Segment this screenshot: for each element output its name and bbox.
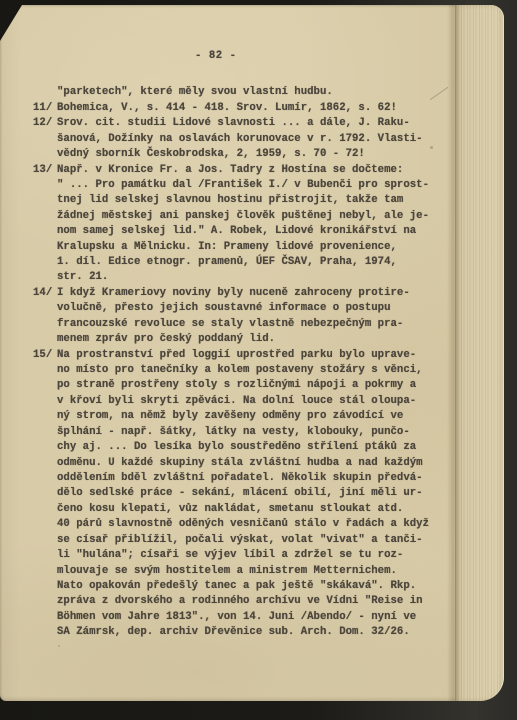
footnote-text-line: 1. díl. Edice etnogr. pramenů, ÚEF ČSAV,… — [57, 255, 429, 270]
footnote-text-line: Bohemica, V., s. 414 - 418. Srov. Lumír,… — [57, 101, 397, 116]
footnotes-list: "parketech", které měly svou vlastní hud… — [33, 85, 455, 640]
footnote-text-line: ný strom, na němž byly zavěšeny odměny p… — [57, 409, 429, 424]
footnote-text-line: šanová, Dožínky na oslavách korunovace v… — [57, 132, 423, 147]
footnote-text-line: volučně, přesto jejich soustavné informa… — [57, 301, 410, 316]
footnote-text-line: chy aj. ... Do lesíka bylo soustředěno s… — [57, 440, 429, 455]
footnote-number: 15/ — [33, 348, 57, 641]
footnote-text-line: 40 párů slavnostně oděných vesničanů stá… — [57, 517, 429, 532]
footnote-text-line: Srov. cit. studii Lidové slavnosti ... a… — [57, 116, 423, 131]
footnote-number: 11/ — [33, 101, 57, 116]
footnote-text-line: oddělením bděl zvláštní pořadatel. Někol… — [57, 471, 429, 486]
footnote-text: Na prostranství před loggií uprostřed pa… — [57, 348, 429, 641]
footnote-text-line: " ... Pro památku dal /František I./ v B… — [57, 178, 429, 193]
footnote-text-line: menem zpráv pro český poddaný lid. — [57, 332, 410, 347]
footnote-text-line: francouzské revoluce se staly vlastně ne… — [57, 317, 410, 332]
footnote-text-line: čeno kosu klepati, vůz nakládat, smetanu… — [57, 502, 429, 517]
footnote-text-line: zpráva z dvorského a rodinného archívu v… — [57, 594, 429, 609]
footnote-text-line: se císař přiblížil, počali výskat, volat… — [57, 533, 429, 548]
footnote-text-line: po straně prostřeny stoly s rozličnými n… — [57, 378, 429, 393]
footnote-text-line: "parketech", které měly svou vlastní hud… — [57, 85, 333, 100]
footnote-text-line: dělo sedlské práce - sekání, mlácení obi… — [57, 486, 429, 501]
footnote-text: I když Krameriovy noviny byly nuceně zah… — [57, 286, 410, 348]
footnote-text: Bohemica, V., s. 414 - 418. Srov. Lumír,… — [57, 101, 397, 116]
footnote-number: 12/ — [33, 116, 57, 162]
footnote-text-line: vědný sborník Českobrodska, 2, 1959, s. … — [57, 147, 423, 162]
footnote-text-line: tnej lid selskej slavnou hostinu přistro… — [57, 193, 429, 208]
footnote-text: Např. v Kronice Fr. a Jos. Tadry z Hostí… — [57, 163, 429, 286]
footnote-text-line: v křoví byli skryti zpěváci. Na dolní lo… — [57, 394, 429, 409]
footnote-text-line: str. 21. — [57, 270, 429, 285]
footnote-text-line: Nato opakován předešlý tanec a pak ještě… — [57, 579, 429, 594]
book-fore-edge — [455, 5, 504, 701]
footnote: 12/Srov. cit. studii Lidové slavnosti ..… — [33, 116, 455, 162]
footnote-text-line: Na prostranství před loggií uprostřed pa… — [57, 348, 429, 363]
footnote-text-line: Např. v Kronice Fr. a Jos. Tadry z Hostí… — [57, 163, 429, 178]
footnote: 13/Např. v Kronice Fr. a Jos. Tadry z Ho… — [33, 163, 455, 286]
footnote: "parketech", které měly svou vlastní hud… — [33, 85, 455, 100]
footnote: 15/Na prostranství před loggií uprostřed… — [33, 348, 455, 641]
footnote-text: "parketech", které měly svou vlastní hud… — [57, 85, 333, 100]
footnote-text-line: I když Krameriovy noviny byly nuceně zah… — [57, 286, 410, 301]
footnote-text-line: no místo pro tanečníky a kolem postaveny… — [57, 363, 429, 378]
footnote-text-line: SA Zámrsk, dep. archiv Dřevěnice sub. Ar… — [57, 625, 429, 640]
typed-text-area: - 82 - "parketech", které měly svou vlas… — [0, 5, 455, 701]
footnote-number — [33, 85, 57, 100]
footnote-text-line: Böhmen vom Jahre 1813"., von 14. Juni /A… — [57, 610, 429, 625]
footnote-text-line: žádnej městskej ani panskej člověk puště… — [57, 209, 429, 224]
footnote: 14/I když Krameriovy noviny byly nuceně … — [33, 286, 455, 348]
footnote-text: Srov. cit. studii Lidové slavnosti ... a… — [57, 116, 423, 162]
footnote-text-line: li "hulána"; císaři se výjev líbil a zdr… — [57, 548, 429, 563]
footnote-number: 13/ — [33, 163, 57, 286]
footnote-text-line: šplhání - např. šátky, látky na vesty, k… — [57, 425, 429, 440]
footnote: 11/Bohemica, V., s. 414 - 418. Srov. Lum… — [33, 101, 455, 116]
footnote-text-line: odměnu. U každé skupiny stála zvláštní h… — [57, 456, 429, 471]
book-page: - 82 - "parketech", které měly svou vlas… — [0, 5, 504, 701]
footnote-text-line: nom samej selskej lid." A. Robek, Lidové… — [57, 224, 429, 239]
footnote-text-line: Kralupsku a Mělnicku. In: Prameny lidové… — [57, 240, 429, 255]
footnote-number: 14/ — [33, 286, 57, 348]
page-number: - 82 - — [195, 49, 455, 64]
scan-background: - 82 - "parketech", které měly svou vlas… — [0, 0, 517, 720]
footnote-text-line: mlouvaje se svým hostitelem a ministrem … — [57, 564, 429, 579]
